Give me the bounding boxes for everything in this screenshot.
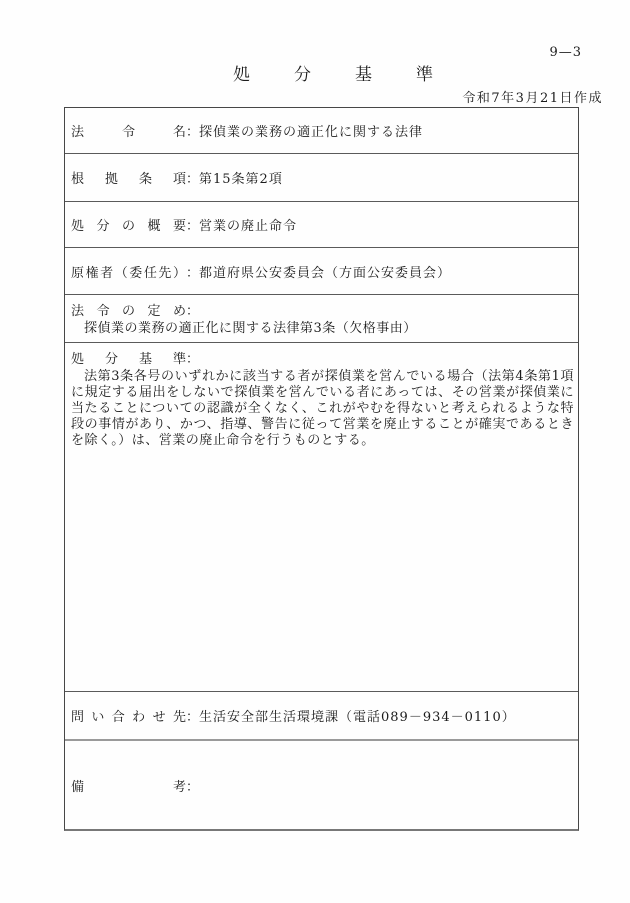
row-label: 備考 bbox=[71, 776, 186, 795]
row-colon: ： bbox=[186, 168, 199, 187]
row-label: 処分の概要 bbox=[71, 215, 186, 234]
page-title: 処分基準 bbox=[233, 60, 477, 85]
table-row-law-name: 法令名：探偵業の業務の適正化に関する法律 bbox=[65, 108, 578, 154]
row-colon: ： bbox=[186, 348, 199, 367]
row-body: 探偵業の業務の適正化に関する法律第3条（欠格事由） bbox=[71, 321, 574, 337]
created-date: 令和7年3月21日作成 bbox=[462, 87, 603, 106]
row-value: 営業の廃止命令 bbox=[199, 215, 297, 234]
row-label: 法令名 bbox=[71, 121, 186, 140]
row-value: 探偵業の業務の適正化に関する法律 bbox=[199, 121, 423, 140]
row-label: 原権者（委任先） bbox=[71, 262, 186, 281]
document-page: 9—3 処分基準 令和7年3月21日作成 法令名：探偵業の業務の適正化に関する法… bbox=[0, 0, 630, 903]
row-value: 都道府県公安委員会（方面公安委員会） bbox=[199, 262, 451, 281]
disposition-table: 法令名：探偵業の業務の適正化に関する法律 根拠条項：第15条第2項 処分の概要：… bbox=[64, 107, 579, 831]
table-row-remarks: 備考： bbox=[65, 741, 578, 830]
table-row-disposition-criteria: 処分基準： 法第3条各号のいずれかに該当する者が探偵業を営んでいる場合（法第4条… bbox=[65, 343, 578, 692]
row-colon: ： bbox=[186, 776, 199, 795]
row-value: 生活安全部生活環境課（電話089－934－0110） bbox=[199, 706, 516, 725]
row-label-line: 処分基準： bbox=[71, 348, 574, 367]
page-number: 9—3 bbox=[549, 45, 582, 60]
row-body: 法第3条各号のいずれかに該当する者が探偵業を営んでいる場合（法第4条第1項に規定… bbox=[71, 369, 574, 449]
table-row-legal-basis: 根拠条項：第15条第2項 bbox=[65, 154, 578, 202]
row-value: 第15条第2項 bbox=[199, 168, 283, 187]
table-row-original-authority: 原権者（委任先）：都道府県公安委員会（方面公安委員会） bbox=[65, 248, 578, 295]
row-colon: ： bbox=[186, 121, 199, 140]
row-label: 法令の定め bbox=[71, 300, 186, 319]
row-label-line: 法令の定め： bbox=[71, 300, 574, 319]
row-label: 処分基準 bbox=[71, 348, 186, 367]
table-row-legal-provision: 法令の定め： 探偵業の業務の適正化に関する法律第3条（欠格事由） bbox=[65, 295, 578, 343]
row-colon: ： bbox=[186, 215, 199, 234]
table-row-contact: 問い合わせ先：生活安全部生活環境課（電話089－934－0110） bbox=[65, 692, 578, 741]
row-colon: ： bbox=[186, 262, 199, 281]
row-colon: ： bbox=[186, 300, 199, 319]
table-row-disposition-summary: 処分の概要：営業の廃止命令 bbox=[65, 202, 578, 248]
row-label: 根拠条項 bbox=[71, 168, 186, 187]
row-colon: ： bbox=[186, 706, 199, 725]
row-label: 問い合わせ先 bbox=[71, 706, 186, 725]
